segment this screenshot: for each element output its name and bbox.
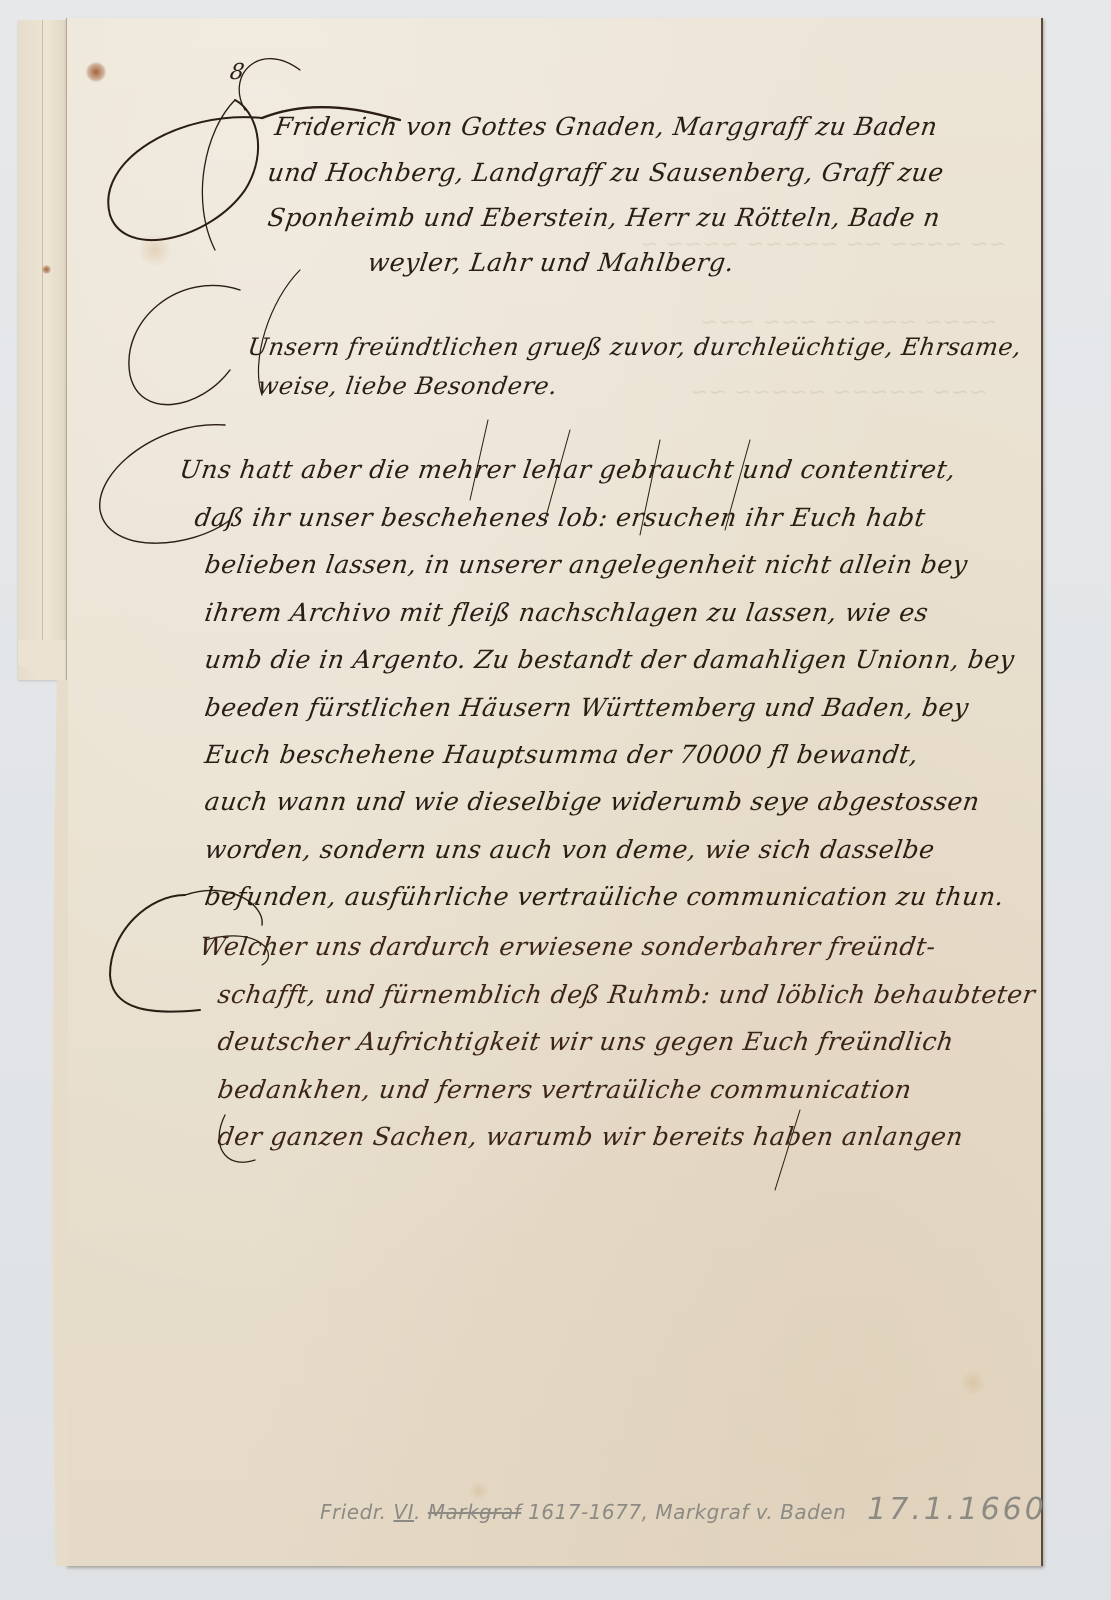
body-line: umb die in Argento. Zu bestandt der dama… <box>203 645 1017 674</box>
body-line: bedankhen, und ferners vertraüliche comm… <box>216 1075 914 1104</box>
body-line: befunden, ausführliche vertraüliche comm… <box>203 882 1006 911</box>
annotation-date: 17.1.1660 <box>867 1492 1047 1527</box>
body-line: belieben lassen, in unserer angelegenhei… <box>203 550 970 579</box>
body-line: schafft, und fürnemblich deß Ruhmb: und … <box>216 980 1037 1009</box>
foxing-spot <box>960 1370 986 1396</box>
body-line: Welcher uns dardurch erwiesene sonderbah… <box>198 932 938 961</box>
body-line: beeden fürstlichen Häusern Württemberg u… <box>203 693 971 722</box>
body-line: der ganzen Sachen, warumb wir bereits ha… <box>216 1122 965 1151</box>
annotation-prefix: Friedr. <box>320 1500 393 1524</box>
annotation-regnal-number: VI <box>393 1500 414 1524</box>
title-line-1: Friderich von Gottes Gnaden, Marggraff z… <box>273 112 940 141</box>
body-line: ihrem Archivo mit fleiß nachschlagen zu … <box>203 598 930 627</box>
bleed-through-text: ~~~ ~~~~~ ~~~~~ ~~ <box>688 380 989 405</box>
annotation-life-dates: 1617-1677, <box>528 1500 648 1524</box>
title-line-4: weyler, Lahr und Mahlberg. <box>366 248 736 277</box>
foxing-spot <box>140 230 170 270</box>
body-line: Euch beschehene Hauptsumma der 70000 fl … <box>203 740 920 769</box>
annotation-struck-word: Markgraf <box>428 1500 522 1524</box>
body-line: worden, sondern uns auch von deme, wie s… <box>203 835 937 864</box>
title-line-2: und Hochberg, Landgraff zu Sausenberg, G… <box>266 158 946 187</box>
folded-paper-strip <box>18 20 66 680</box>
body-line: auch wann und wie dieselbige widerumb se… <box>203 787 982 816</box>
bleed-through-text: ~~~~ ~~~~~ ~~~ ~~~ <box>698 310 999 335</box>
rust-stain <box>86 62 106 82</box>
rust-dot <box>42 265 51 274</box>
salutation-line-2: weise, liebe Besondere. <box>256 372 559 400</box>
salutation-line-1: Unsern freündtlichen grueß zuvor, durchl… <box>246 333 1023 361</box>
body-line: deutscher Aufrichtigkeit wir uns gegen E… <box>216 1027 956 1056</box>
archival-annotation: Friedr. VI. Markgraf 1617-1677, Markgraf… <box>320 1492 1047 1527</box>
body-line: daß ihr unser beschehenes lob: ersuchen … <box>193 503 927 532</box>
annotation-title: Markgraf v. Baden <box>655 1500 846 1524</box>
fold-crease <box>66 18 67 680</box>
title-line-3: Sponheimb und Eberstein, Herr zu Rötteln… <box>266 203 942 232</box>
body-line: Uns hatt aber die mehrer lehar gebraucht… <box>178 455 958 484</box>
